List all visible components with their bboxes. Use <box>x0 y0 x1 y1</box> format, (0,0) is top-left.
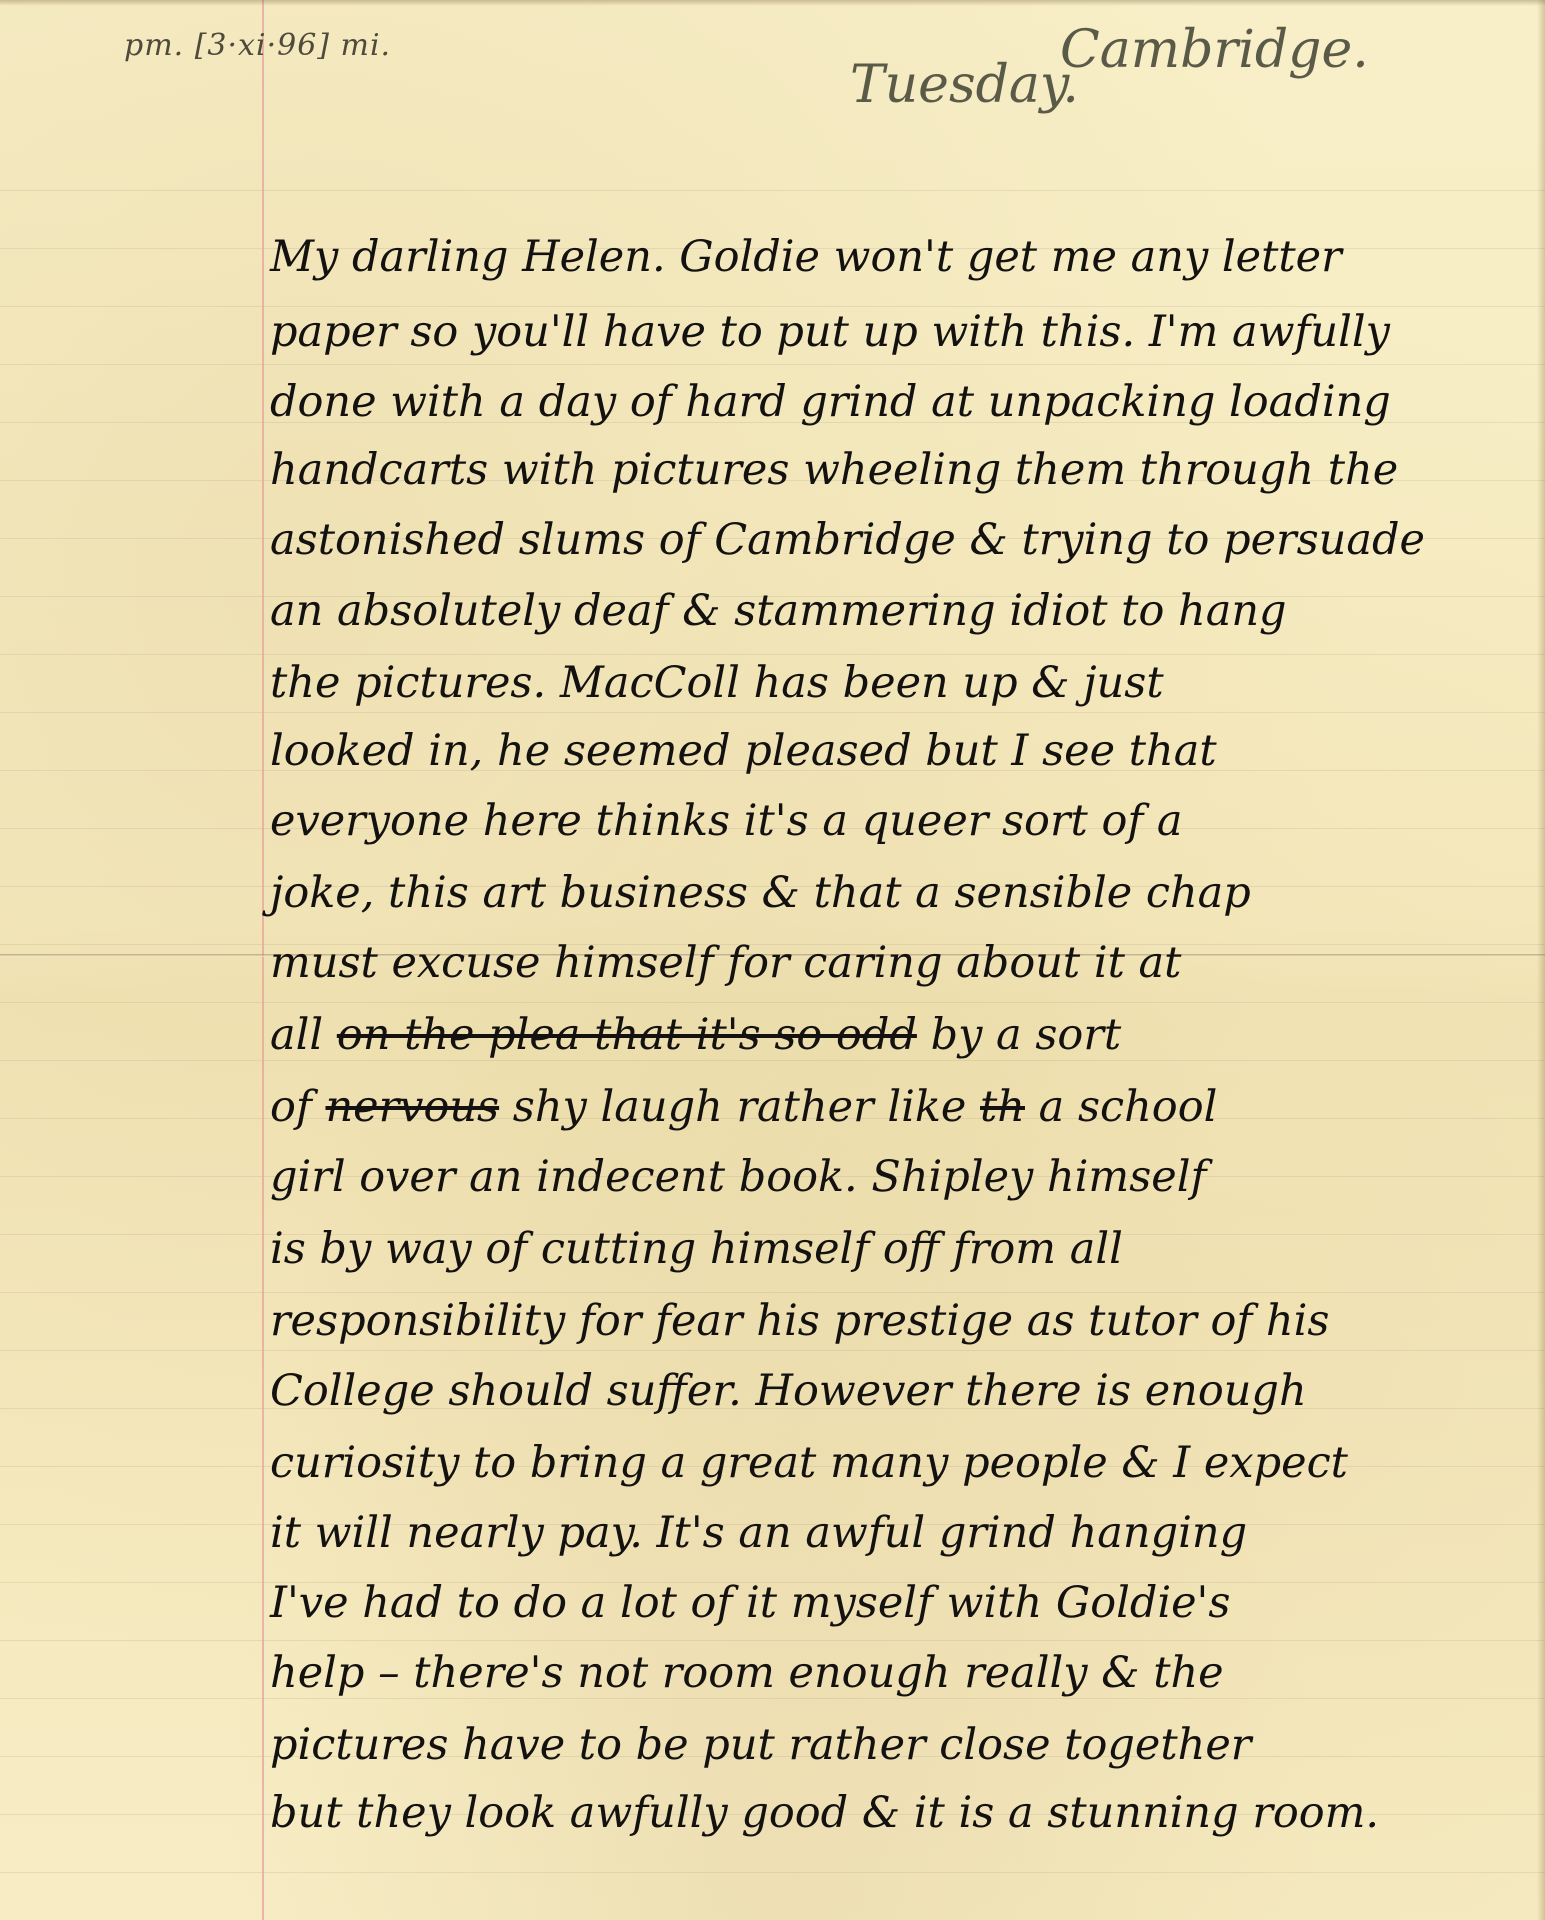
line-text: all <box>270 1010 337 1060</box>
letter-line: girl over an indecent book. Shipley hims… <box>270 1142 1206 1212</box>
letter-line: curiosity to bring a great many people &… <box>270 1428 1348 1498</box>
letter-line: of nervous shy laugh rather like th a sc… <box>270 1072 1217 1142</box>
line-text: looked in, he seemed pleased but I see t… <box>270 726 1217 776</box>
line-text: joke, this art business & that a sensibl… <box>270 868 1251 918</box>
letter-day-heading: Tuesday. <box>850 55 1079 115</box>
line-text: responsibility for fear his prestige as … <box>270 1296 1329 1346</box>
struck-through-text: nervous <box>325 1082 499 1132</box>
struck-through-text: th <box>980 1082 1025 1132</box>
line-text: is by way of cutting himself off from al… <box>270 1224 1123 1274</box>
letter-line: all on the plea that it's so odd by a so… <box>270 1000 1121 1070</box>
letter-line: but they look awfully good & it is a stu… <box>270 1778 1379 1848</box>
ruled-line <box>0 190 1545 191</box>
line-text: pictures have to be put rather close tog… <box>270 1720 1251 1770</box>
letter-line: astonished slums of Cambridge & trying t… <box>270 505 1425 575</box>
line-text: help – there's not room enough really & … <box>270 1648 1224 1698</box>
letter-line: must excuse himself for caring about it … <box>270 928 1181 998</box>
line-text: shy laugh rather like <box>499 1082 980 1132</box>
line-text: must excuse himself for caring about it … <box>270 938 1181 988</box>
line-text: paper so you'll have to put up with this… <box>270 307 1390 357</box>
letter-place-heading: Cambridge. <box>1060 20 1369 80</box>
letter-line: joke, this art business & that a sensibl… <box>270 858 1251 928</box>
line-text: the pictures. MacColl has been up & just <box>270 658 1164 708</box>
letter-line: I've had to do a lot of it myself with G… <box>270 1568 1230 1638</box>
line-text: an absolutely deaf & stammering idiot to… <box>270 586 1287 636</box>
paper-top-edge <box>0 0 1545 6</box>
line-text: everyone here thinks it's a queer sort o… <box>270 796 1183 846</box>
line-text: it will nearly pay. It's an awful grind … <box>270 1508 1247 1558</box>
line-text: a school <box>1025 1082 1217 1132</box>
line-text: handcarts with pictures wheeling them th… <box>270 445 1398 495</box>
letter-line: My darling Helen. Goldie won't get me an… <box>270 222 1342 292</box>
line-text: College should suffer. However there is … <box>270 1366 1307 1416</box>
letter-line: done with a day of hard grind at unpacki… <box>270 367 1391 437</box>
line-text: My darling Helen. Goldie won't get me an… <box>270 232 1342 282</box>
letter-line: looked in, he seemed pleased but I see t… <box>270 716 1217 786</box>
ruled-line <box>0 1872 1545 1873</box>
struck-through-text: on the plea that it's so odd <box>337 1010 917 1060</box>
archive-pencil-annotation: pm. [3·xi·96] mi. <box>124 28 391 63</box>
letter-line: the pictures. MacColl has been up & just <box>270 648 1164 718</box>
margin-rule <box>262 0 264 1920</box>
letter-line: handcarts with pictures wheeling them th… <box>270 435 1398 505</box>
letter-line: everyone here thinks it's a queer sort o… <box>270 786 1183 856</box>
letter-line: an absolutely deaf & stammering idiot to… <box>270 576 1287 646</box>
paper-right-edge <box>1537 0 1545 1920</box>
letter-line: pictures have to be put rather close tog… <box>270 1710 1251 1780</box>
line-text: done with a day of hard grind at unpacki… <box>270 377 1391 427</box>
letter-line: it will nearly pay. It's an awful grind … <box>270 1498 1247 1568</box>
line-text: girl over an indecent book. Shipley hims… <box>270 1152 1206 1202</box>
letter-line: responsibility for fear his prestige as … <box>270 1286 1329 1356</box>
letter-line: is by way of cutting himself off from al… <box>270 1214 1123 1284</box>
letter-line: help – there's not room enough really & … <box>270 1638 1224 1708</box>
letter-line: College should suffer. However there is … <box>270 1356 1307 1426</box>
line-text: astonished slums of Cambridge & trying t… <box>270 515 1425 565</box>
line-text: but they look awfully good & it is a stu… <box>270 1788 1379 1838</box>
line-text: by a sort <box>917 1010 1121 1060</box>
line-text: I've had to do a lot of it myself with G… <box>270 1578 1230 1628</box>
line-text: of <box>270 1082 325 1132</box>
line-text: curiosity to bring a great many people &… <box>270 1438 1348 1488</box>
letter-line: paper so you'll have to put up with this… <box>270 297 1390 367</box>
